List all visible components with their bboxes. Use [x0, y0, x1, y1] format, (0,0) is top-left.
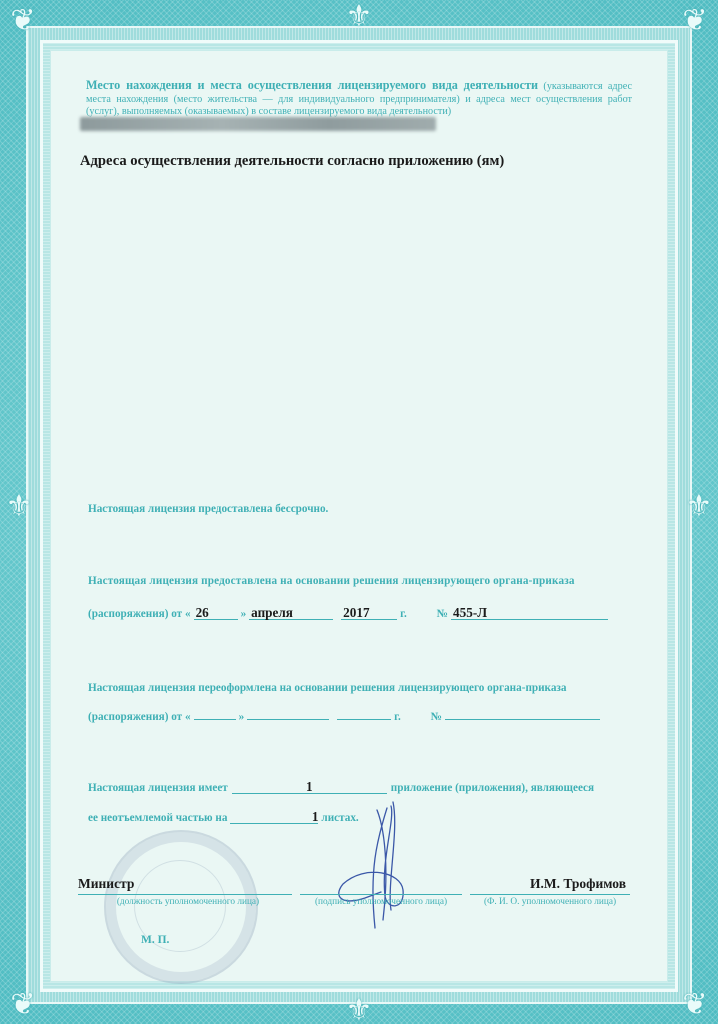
official-name: И.М. Трофимов — [530, 876, 626, 892]
fleur-de-lis-ornament-icon: ⚜ — [2, 490, 36, 524]
granted-quote-close: » — [241, 608, 247, 620]
granted-number-label: № — [437, 608, 448, 620]
position-caption: (должность уполномоченного лица) — [98, 897, 278, 907]
granted-month: апреля — [249, 606, 333, 620]
granted-number: 455-Л — [451, 606, 608, 620]
appendix-sheets: 1 — [230, 810, 318, 824]
appendix-line1: Настоящая лицензия имеет 1 приложение (п… — [88, 780, 630, 794]
license-term: Настоящая лицензия предоставлена бессроч… — [88, 503, 630, 515]
location-section: Место нахождения и места осуществления л… — [86, 79, 632, 119]
granted-day: 26 — [194, 606, 238, 620]
reissued-year-suffix: г. — [394, 711, 401, 723]
name-field: И.М. Трофимов — [470, 874, 630, 895]
reissued-month — [247, 719, 329, 720]
appendix-suffix: приложение (приложения), являющееся — [391, 782, 594, 794]
reissued-basis-line2: (распоряжения) от « » г. № — [88, 711, 630, 723]
seal-place-label: М. П. — [141, 934, 169, 946]
location-section-title: Место нахождения и места осуществления л… — [86, 78, 538, 92]
granted-prefix: (распоряжения) от « — [88, 608, 191, 620]
reissued-day — [194, 719, 236, 720]
signature-caption: (подпись уполномоченного лица) — [300, 897, 462, 907]
signature-row: Министр (должность уполномоченного лица)… — [78, 874, 630, 914]
redacted-address — [80, 117, 436, 131]
appendix-count: 1 — [232, 780, 387, 794]
signature-field — [300, 874, 462, 895]
granted-year-suffix: г. — [400, 608, 407, 620]
fleur-ornament-icon: ❦ — [6, 4, 40, 38]
reissued-quote-close: » — [239, 711, 245, 723]
addresses-title: Адреса осуществления деятельности соглас… — [80, 153, 504, 170]
granted-basis-line1: Настоящая лицензия предоставлена на осно… — [88, 575, 630, 587]
fleur-ornament-icon: ❦ — [6, 988, 40, 1022]
appendix-prefix: Настоящая лицензия имеет — [88, 782, 228, 794]
fleur-ornament-icon: ❦ — [678, 988, 712, 1022]
granted-year: 2017 — [341, 606, 397, 620]
appendix-line2-prefix: ее неотъемлемой частью на — [88, 812, 227, 824]
fleur-ornament-icon: ❦ — [678, 4, 712, 38]
fleur-de-lis-ornament-icon: ⚜ — [682, 490, 716, 524]
reissued-year — [337, 719, 391, 720]
reissued-basis-line1: Настоящая лицензия переоформлена на осно… — [88, 682, 630, 694]
fleur-de-lis-ornament-icon: ⚜ — [342, 0, 376, 34]
reissued-prefix: (распоряжения) от « — [88, 711, 191, 723]
granted-basis-line2: (распоряжения) от « 26 » апреля 2017 г. … — [88, 606, 630, 620]
name-caption: (Ф. И. О. уполномоченного лица) — [466, 897, 634, 907]
fleur-de-lis-ornament-icon: ⚜ — [342, 994, 376, 1024]
handwritten-signature — [325, 800, 445, 940]
official-position: Министр — [78, 876, 134, 892]
reissued-number-label: № — [431, 711, 442, 723]
reissued-number — [445, 719, 600, 720]
position-field: Министр — [78, 874, 292, 895]
